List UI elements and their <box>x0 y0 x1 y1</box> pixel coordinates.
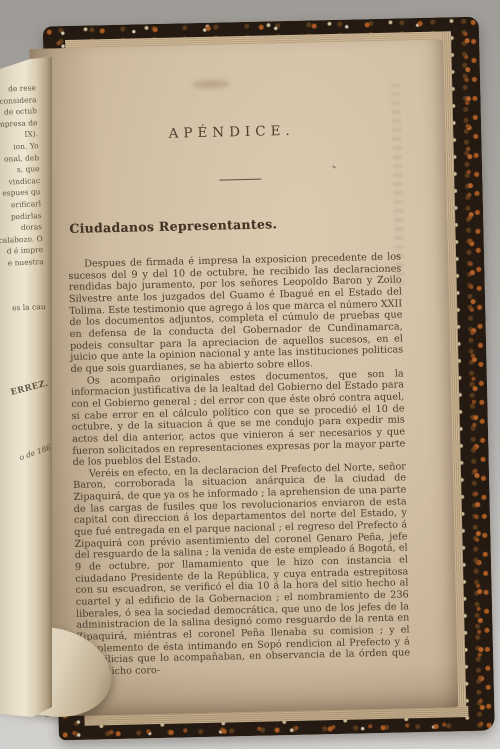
paragraph: Os acompaño originales estos documentos,… <box>71 368 406 469</box>
left-page-text-fragment: es la cau <box>1 301 45 315</box>
paragraph: Veréis en efecto, en la declaracion del … <box>73 461 411 678</box>
salutation-heading: Ciudadanos Representantes. <box>69 216 277 236</box>
section-divider-rule <box>219 179 261 181</box>
book-page: APÉNDICE. Ciudadanos Representantes. Des… <box>29 39 458 716</box>
page-title: APÉNDICE. <box>65 120 398 144</box>
left-page-text-fragment: ERREZ. <box>4 379 50 401</box>
left-page-text-fragment: o de 186 <box>7 442 52 468</box>
book: APÉNDICE. Ciudadanos Representantes. Des… <box>43 17 495 741</box>
paragraph: Despues de firmada é impresa la exposici… <box>68 251 404 375</box>
photo-background: APÉNDICE. Ciudadanos Representantes. Des… <box>0 0 500 749</box>
body-text: Despues de firmada é impresa la exposici… <box>68 251 410 678</box>
left-page-fragments: de reseconsiderade octubmpresa deIX).ion… <box>0 82 52 461</box>
left-page-curl: de reseconsiderade octubmpresa deIX).ion… <box>0 57 52 717</box>
left-page-text-fragment: e nuestra <box>0 256 44 270</box>
printed-content: APÉNDICE. Ciudadanos Representantes. Des… <box>63 41 411 716</box>
